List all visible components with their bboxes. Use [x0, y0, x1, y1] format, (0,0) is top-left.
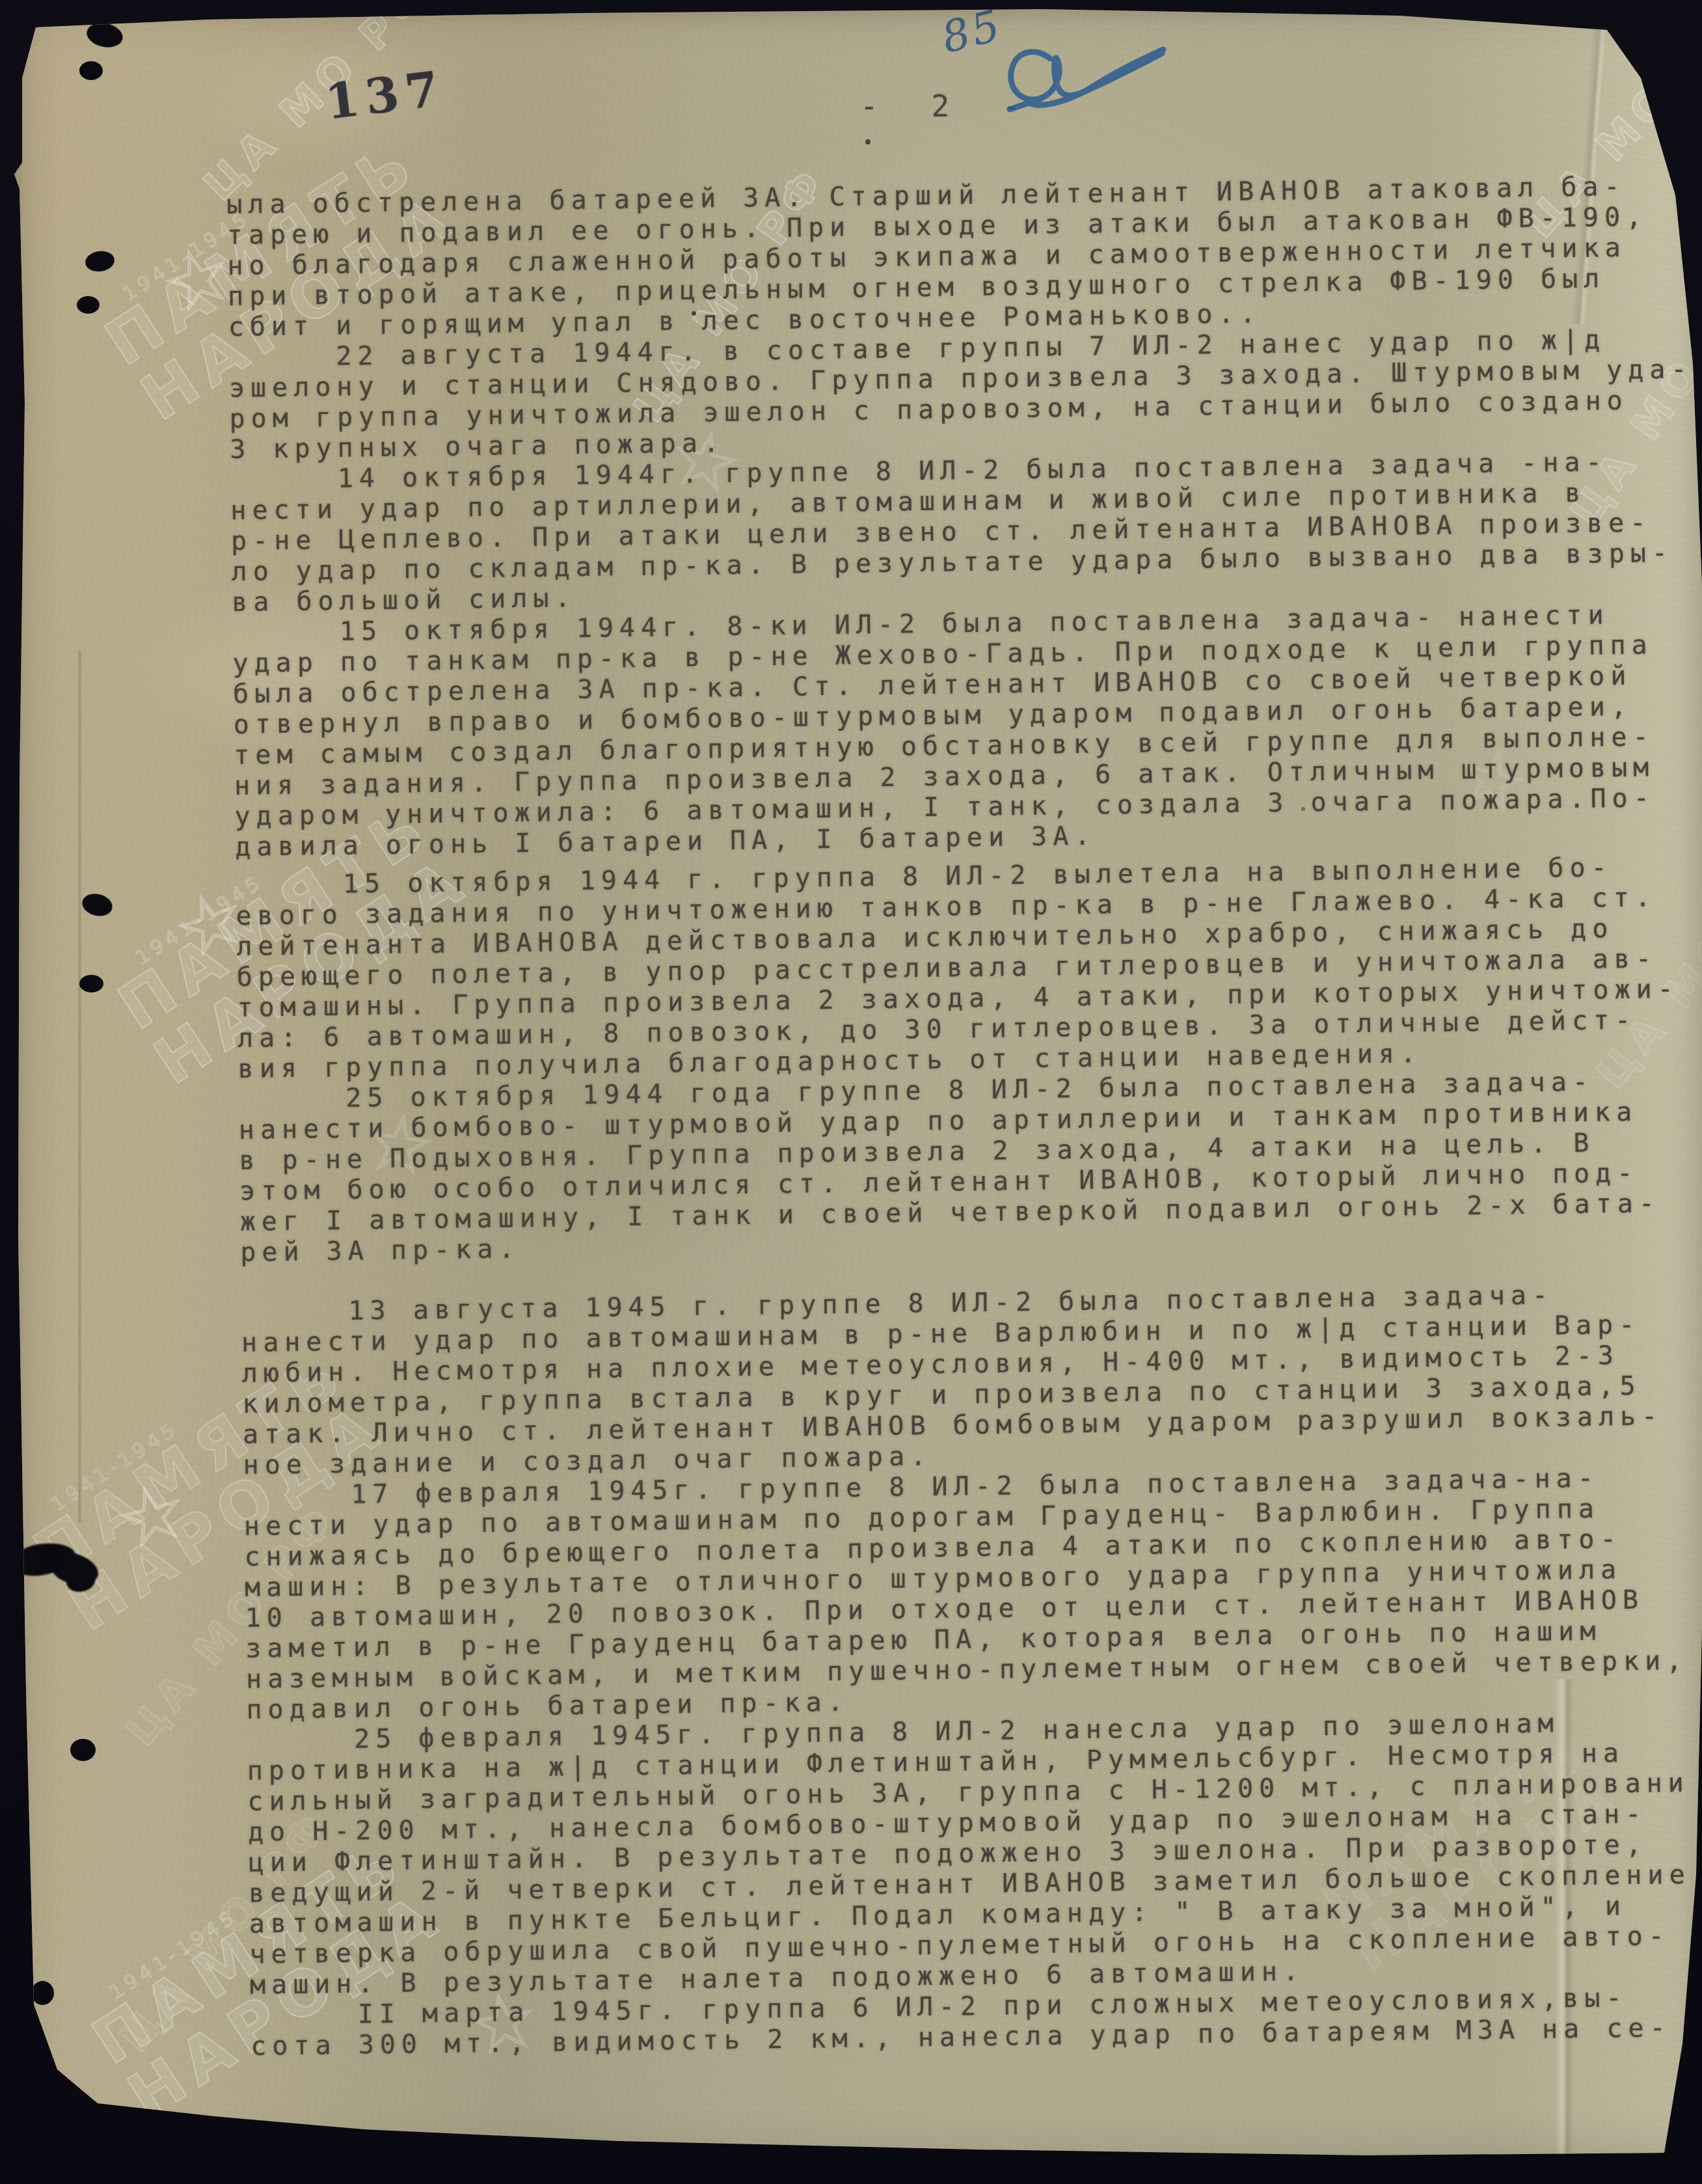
paragraph: ыла обстрелена батареей ЗА. Старший лейт… — [226, 171, 1686, 343]
paragraph: 15 октября 1944г. 8-ки ИЛ-2 была поставл… — [232, 599, 1693, 863]
paragraph: 17 февраля 1945г. группе 8 ИЛ-2 была пос… — [243, 1462, 1702, 1726]
paragraph: 22 августа 1944г. в составе группы 7 ИЛ-… — [228, 324, 1687, 465]
punch-hole — [79, 975, 103, 992]
archive-sheet-stamp: 137 — [322, 61, 448, 131]
punch-hole — [70, 1739, 96, 1761]
punch-hole — [77, 296, 100, 314]
handwritten-number: 85 — [937, 0, 1007, 63]
paragraph: 25 февраля 1945г. группа 8 ИЛ-2 нанесла … — [247, 1706, 1702, 2000]
punch-hole — [79, 61, 103, 80]
paper-tear — [66, 1570, 95, 1592]
crease-line — [79, 651, 81, 1523]
punch-hole — [84, 249, 116, 273]
scan-background: ЦА МО РФ ЦА МО РФ ЦА МО РФ ЦА МО РФ ЦА М… — [0, 0, 1702, 2184]
paragraph: 25 октября 1944 года группе 8 ИЛ-2 была … — [238, 1066, 1697, 1268]
ink-speck — [865, 139, 871, 144]
page-number: - 2 - — [860, 89, 1023, 124]
punch-hole — [80, 891, 115, 919]
paragraph: 14 октября 1944г. группе 8 ИЛ-2 была пос… — [230, 446, 1690, 618]
paragraph: 15 октября 1944 г. группа 8 ИЛ-2 вылетел… — [236, 852, 1695, 1085]
document-page: ЦА МО РФ ЦА МО РФ ЦА МО РФ ЦА МО РФ ЦА М… — [0, 0, 1702, 2184]
punch-hole — [85, 20, 125, 51]
punch-hole — [31, 1981, 54, 2005]
paragraph: 13 августа 1945 г. группе 8 ИЛ-2 была по… — [241, 1279, 1700, 1481]
typewritten-text: ыла обстрелена батареей ЗА. Старший лейт… — [226, 171, 1702, 2062]
star-icon: ☆ — [108, 1469, 196, 1563]
